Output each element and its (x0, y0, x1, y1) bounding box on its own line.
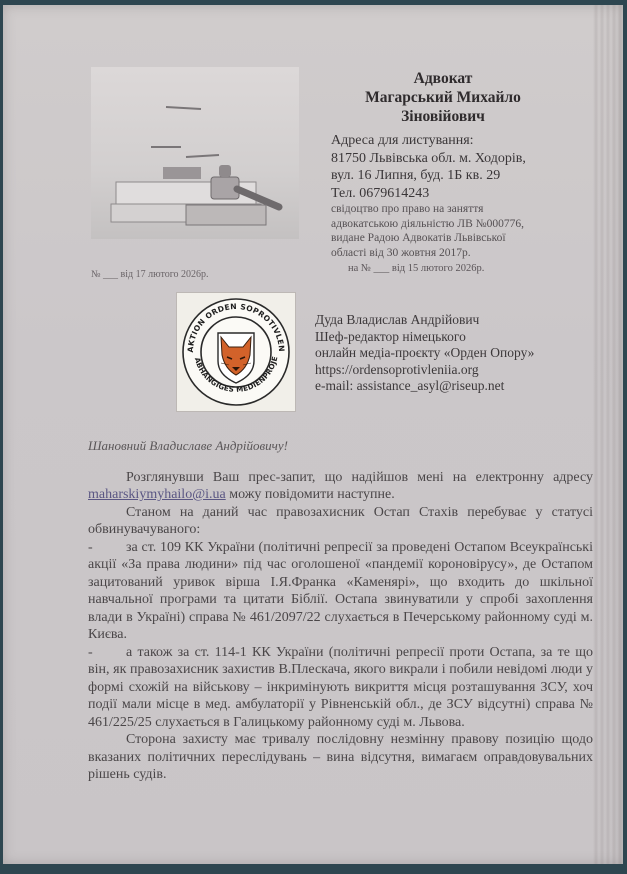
bullet: - (88, 539, 126, 557)
outgoing-reference: № ___ від 17 лютого 2026р. (91, 269, 209, 280)
recipient-name: Дуда Владислав Андрійович (315, 312, 534, 329)
orden-soprotivleniia-logo: REDAKTION ORDEN SOPROTIVLENIIA - UNABHÄN… (176, 292, 296, 412)
recipient-position-line2: онлайн медіа-проєкту «Орден Опору» (315, 345, 534, 362)
address-line1: 81750 Львівська обл. м. Ходорів, (331, 150, 583, 168)
certificate-line4: області від 30 жовтня 2017р. (331, 246, 583, 261)
sender-header: Адвокат Магарський Михайло Зіновійович А… (303, 69, 583, 260)
gavel-and-books-photo (91, 67, 299, 239)
salutation: Шановний Владиславе Андрійовичу! (88, 437, 593, 455)
phone: Тел. 0679614243 (331, 185, 583, 203)
gavel-icon (91, 67, 299, 239)
paragraph-press-request: Розглянувши Ваш прес-запит, що надійшов … (88, 469, 593, 504)
recipient-email: e-mail: assistance_asyl@riseup.net (315, 378, 534, 395)
recipient-website: https://ordensoprotivleniia.org (315, 362, 534, 379)
recipient-block: Дуда Владислав Андрійович Шеф-редактор н… (315, 312, 534, 395)
certificate-line2: адвокатською діяльністю ЛВ №000776, (331, 217, 583, 232)
scanned-letter-page: Адвокат Магарський Михайло Зіновійович А… (3, 5, 623, 864)
paragraph-defense-position: Сторона захисту має тривалу послідовну н… (88, 731, 593, 784)
sender-title: Адвокат (303, 69, 583, 88)
recipient-position-line1: Шеф-редактор німецького (315, 329, 534, 346)
bullet: - (88, 644, 126, 662)
certificate-line3: видане Радою Адвокатів Львівської (331, 231, 583, 246)
sender-name-line1: Магарський Михайло (303, 88, 583, 107)
charge-item-2-text: а також за ст. 114-1 КК України (політич… (88, 645, 593, 730)
paragraph-status: Станом на даний час правозахисник Остап … (88, 504, 593, 539)
address-label: Адреса для листування: (331, 132, 583, 150)
letter-body: Шановний Владиславе Андрійовичу! Розглян… (88, 437, 593, 784)
charge-item-1: -за ст. 109 КК України (політичні репрес… (88, 539, 593, 644)
paragraph-press-request-text: Розглянувши Ваш прес-запит, що надійшов … (126, 470, 593, 485)
sender-name-line2: Зіновійович (303, 107, 583, 126)
charge-item-2: -а також за ст. 114-1 КК України (політи… (88, 644, 593, 732)
charge-item-1-text: за ст. 109 КК України (політичні репресі… (88, 540, 593, 643)
address-line2: вул. 16 Липня, буд. 1Б кв. 29 (331, 167, 583, 185)
certificate-line1: свідоцтво про право на заняття (331, 202, 583, 217)
incoming-reference: на № ___ від 15 лютого 2026р. (348, 263, 484, 274)
sender-email-link[interactable]: maharskiymyhailo@i.ua (88, 487, 226, 502)
paragraph-press-request-tail: можу повідомити наступне. (226, 487, 395, 502)
